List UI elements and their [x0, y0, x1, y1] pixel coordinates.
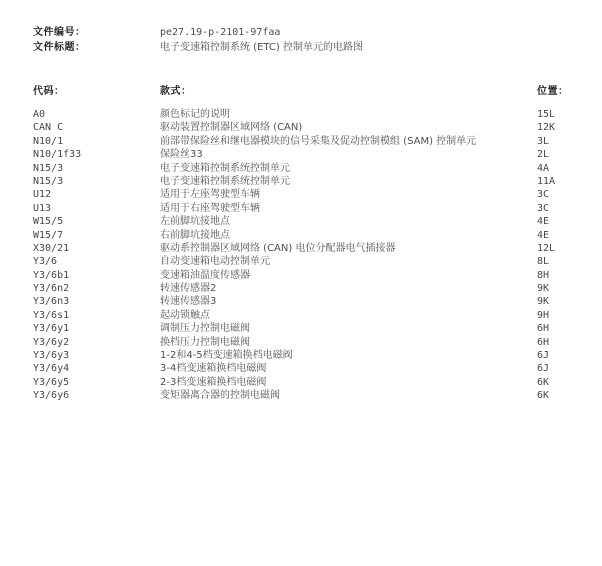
component-position: 6J	[537, 362, 570, 375]
component-code: Y3/6n2	[33, 282, 160, 295]
component-code: X30/21	[33, 242, 160, 255]
table-row: N10/1f33 保险丝33 2L	[33, 148, 570, 161]
table-row: Y3/6y6 变矩器离合器的控制电磁阀 6K	[33, 389, 570, 402]
position-column-header: 位置：	[537, 82, 570, 97]
component-description: 3-4档变速箱换档电磁阀	[160, 362, 537, 375]
component-description: 驱动装置控制器区域网络 (CAN)	[160, 121, 537, 134]
component-description: 转速传感器3	[160, 295, 537, 308]
component-code: U12	[33, 188, 160, 201]
component-description: 起动锁触点	[160, 309, 537, 322]
component-description: 换档压力控制电磁阀	[160, 336, 537, 349]
component-code: W15/7	[33, 229, 160, 242]
component-position: 4E	[537, 229, 570, 242]
table-row: N15/3 电子变速箱控制系统控制单元 4A	[33, 162, 570, 175]
table-row: Y3/6n3 转速传感器3 9K	[33, 295, 570, 308]
component-position: 3C	[537, 188, 570, 201]
description-column-header: 款式：	[160, 82, 537, 97]
table-row: A0 颜色标记的说明 15L	[33, 108, 570, 121]
component-position: 6K	[537, 376, 570, 389]
component-description: 左前脚坑接地点	[160, 215, 537, 228]
table-row: Y3/6y3 1-2和4-5档变速箱换档电磁阀 6J	[33, 349, 570, 362]
component-code: Y3/6y6	[33, 389, 160, 402]
component-position: 6K	[537, 389, 570, 402]
component-description: 2-3档变速箱换档电磁阀	[160, 376, 537, 389]
component-description: 颜色标记的说明	[160, 108, 537, 121]
component-description: 右前脚坑接地点	[160, 229, 537, 242]
table-row: Y3/6y2 换档压力控制电磁阀 6H	[33, 336, 570, 349]
legend-table: A0 颜色标记的说明 15L CAN C 驱动装置控制器区域网络 (CAN) 1…	[33, 108, 570, 403]
component-position: 2L	[537, 148, 570, 161]
table-row: Y3/6y1 调制压力控制电磁阀 6H	[33, 322, 570, 335]
component-description: 电子变速箱控制系统控制单元	[160, 162, 537, 175]
table-row: N10/1 前部带保险丝和继电器模块的信号采集及促动控制模组 (SAM) 控制单…	[33, 135, 570, 148]
component-code: Y3/6b1	[33, 269, 160, 282]
component-description: 转速传感器2	[160, 282, 537, 295]
component-position: 6J	[537, 349, 570, 362]
component-code: CAN C	[33, 121, 160, 134]
file-number-value: pe27.19-p-2101-97faa	[160, 25, 363, 40]
file-header: 文件编号： pe27.19-p-2101-97faa 文件标题： 电子变速箱控制…	[33, 25, 363, 55]
component-position: 15L	[537, 108, 570, 121]
table-row: Y3/6b1 变速箱油温度传感器 8H	[33, 269, 570, 282]
component-position: 9H	[537, 309, 570, 322]
table-row: U13 适用于右座驾驶型车辆 3C	[33, 202, 570, 215]
component-position: 6H	[537, 322, 570, 335]
component-position: 3C	[537, 202, 570, 215]
code-column-header: 代码：	[33, 82, 160, 97]
table-row: Y3/6y4 3-4档变速箱换档电磁阀 6J	[33, 362, 570, 375]
component-code: Y3/6y2	[33, 336, 160, 349]
component-description: 调制压力控制电磁阀	[160, 322, 537, 335]
table-row: W15/7 右前脚坑接地点 4E	[33, 229, 570, 242]
component-description: 自动变速箱电动控制单元	[160, 255, 537, 268]
component-description: 适用于右座驾驶型车辆	[160, 202, 537, 215]
component-position: 9K	[537, 282, 570, 295]
table-row: N15/3 电子变速箱控制系统控制单元 11A	[33, 175, 570, 188]
component-code: Y3/6s1	[33, 309, 160, 322]
table-row: Y3/6 自动变速箱电动控制单元 8L	[33, 255, 570, 268]
component-description: 变速箱油温度传感器	[160, 269, 537, 282]
file-title-value: 电子变速箱控制系统 (ETC) 控制单元的电路图	[160, 40, 363, 55]
file-title-label: 文件标题：	[33, 40, 160, 55]
component-position: 6H	[537, 336, 570, 349]
component-code: Y3/6y4	[33, 362, 160, 375]
component-code: N15/3	[33, 175, 160, 188]
component-code: N15/3	[33, 162, 160, 175]
component-position: 8L	[537, 255, 570, 268]
component-code: Y3/6y5	[33, 376, 160, 389]
component-description: 电子变速箱控制系统控制单元	[160, 175, 537, 188]
table-row: U12 适用于左座驾驶型车辆 3C	[33, 188, 570, 201]
component-code: W15/5	[33, 215, 160, 228]
table-row: Y3/6s1 起动锁触点 9H	[33, 309, 570, 322]
component-position: 9K	[537, 295, 570, 308]
component-position: 3L	[537, 135, 570, 148]
component-position: 11A	[537, 175, 570, 188]
document-page: 文件编号： pe27.19-p-2101-97faa 文件标题： 电子变速箱控制…	[0, 0, 602, 566]
component-code: Y3/6n3	[33, 295, 160, 308]
component-code: N10/1	[33, 135, 160, 148]
component-code: N10/1f33	[33, 148, 160, 161]
table-row: CAN C 驱动装置控制器区域网络 (CAN) 12K	[33, 121, 570, 134]
component-description: 适用于左座驾驶型车辆	[160, 188, 537, 201]
file-number-label: 文件编号：	[33, 25, 160, 40]
component-position: 4E	[537, 215, 570, 228]
component-description: 驱动系控制器区域网络 (CAN) 电位分配器电气插接器	[160, 242, 537, 255]
component-position: 4A	[537, 162, 570, 175]
component-code: U13	[33, 202, 160, 215]
component-description: 变矩器离合器的控制电磁阀	[160, 389, 537, 402]
component-description: 1-2和4-5档变速箱换档电磁阀	[160, 349, 537, 362]
component-code: Y3/6	[33, 255, 160, 268]
table-row: Y3/6y5 2-3档变速箱换档电磁阀 6K	[33, 376, 570, 389]
table-row: X30/21 驱动系控制器区域网络 (CAN) 电位分配器电气插接器 12L	[33, 242, 570, 255]
component-position: 12L	[537, 242, 570, 255]
table-row: Y3/6n2 转速传感器2 9K	[33, 282, 570, 295]
component-code: Y3/6y1	[33, 322, 160, 335]
component-position: 12K	[537, 121, 570, 134]
component-position: 8H	[537, 269, 570, 282]
table-row: W15/5 左前脚坑接地点 4E	[33, 215, 570, 228]
table-header-row: 代码： 款式： 位置：	[33, 82, 570, 97]
component-code: A0	[33, 108, 160, 121]
component-description: 前部带保险丝和继电器模块的信号采集及促动控制模组 (SAM) 控制单元	[160, 135, 537, 148]
component-description: 保险丝33	[160, 148, 537, 161]
component-code: Y3/6y3	[33, 349, 160, 362]
